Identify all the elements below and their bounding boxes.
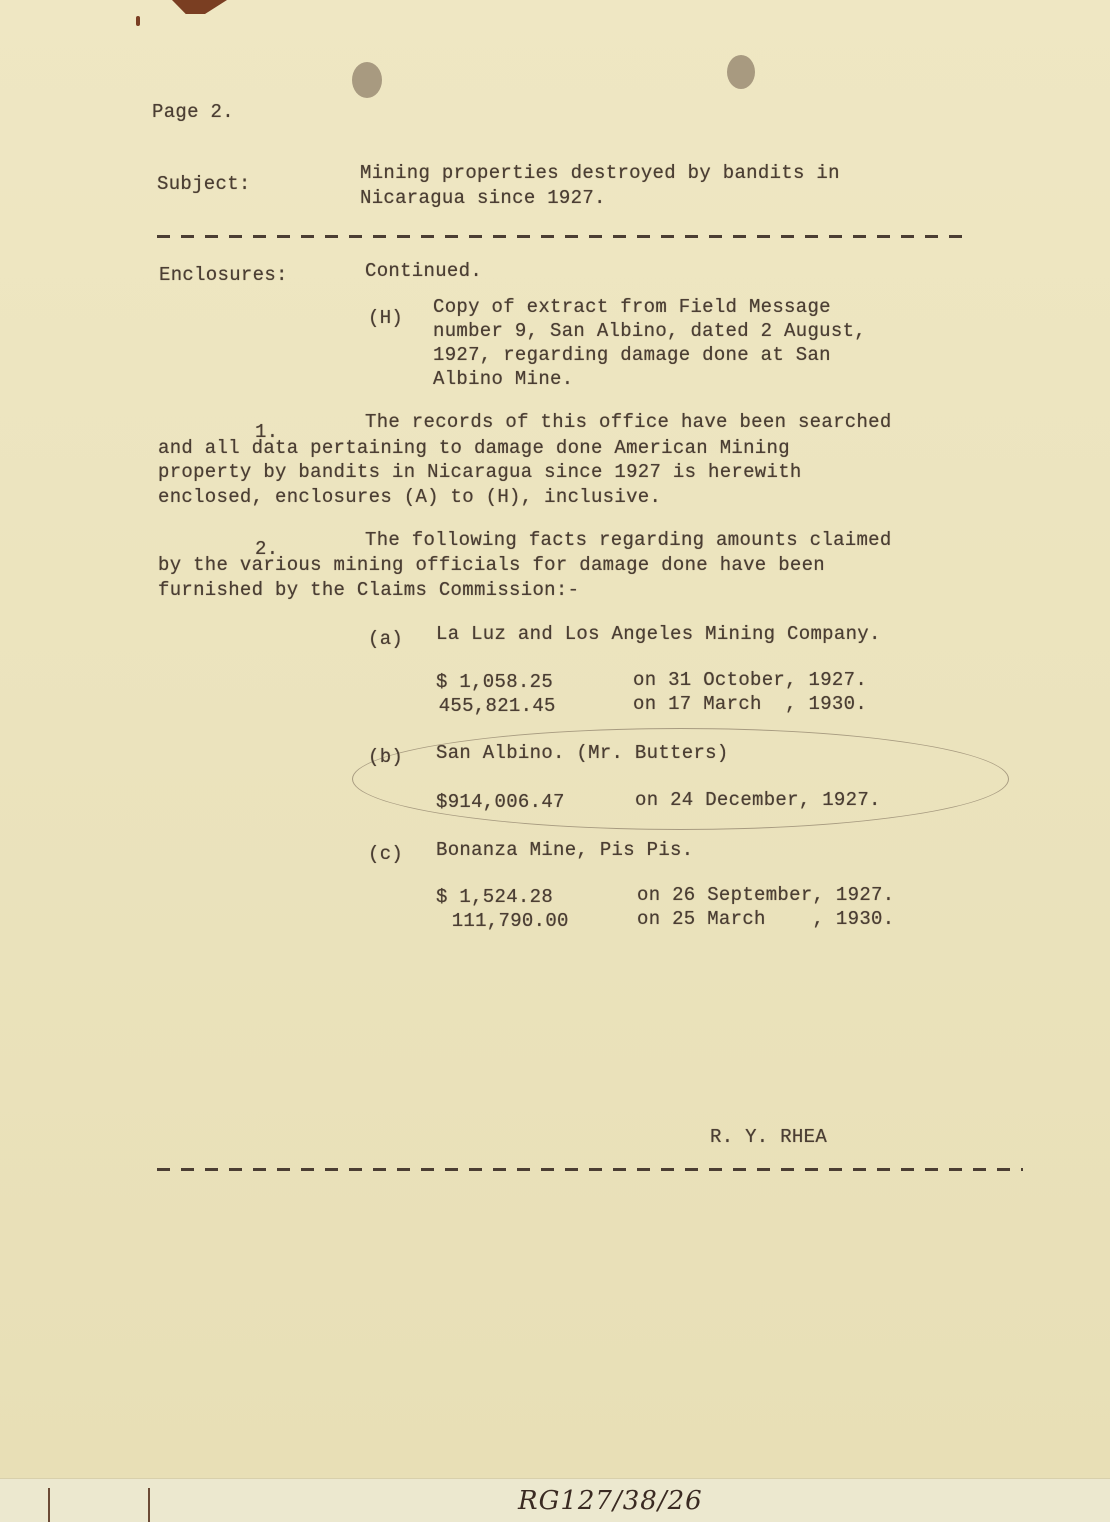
claim-a-amount-1: $ 1,058.25	[436, 670, 553, 694]
claim-c-amount-2: 111,790.00	[440, 909, 569, 933]
punch-hole-right	[727, 55, 755, 89]
tab-rule-left	[48, 1488, 50, 1522]
claim-c-date-2: on 25 March , 1930.	[637, 907, 894, 931]
claim-c-marker: (c)	[368, 842, 403, 866]
enclosure-h-line-1: Copy of extract from Field Message	[433, 295, 831, 319]
enclosures-continued: Continued.	[365, 259, 482, 283]
paragraph-1-line-2: and all data pertaining to damage done A…	[158, 436, 790, 460]
paragraph-2-line-3: furnished by the Claims Commission:-	[158, 578, 579, 602]
punch-hole-left	[352, 62, 382, 98]
claim-c-date-1: on 26 September, 1927.	[637, 883, 894, 907]
paragraph-1-line-3: property by bandits in Nicaragua since 1…	[158, 460, 802, 484]
claim-b-marker: (b)	[368, 745, 403, 769]
claim-a-name: La Luz and Los Angeles Mining Company.	[436, 622, 881, 646]
tab-rule-right	[148, 1488, 150, 1522]
enclosures-label: Enclosures:	[159, 263, 288, 287]
claim-a-date-2: on 17 March , 1930.	[633, 692, 867, 716]
claim-b-name: San Albino. (Mr. Butters)	[436, 741, 729, 765]
claim-a-amount-2: 455,821.45	[427, 694, 556, 718]
ink-dot	[136, 16, 140, 26]
separator-bottom	[157, 1168, 1023, 1171]
subject-line-2: Nicaragua since 1927.	[360, 186, 606, 210]
archive-reference: RG127/38/26	[518, 1486, 703, 1516]
claim-a-marker: (a)	[368, 627, 403, 651]
signature: R. Y. RHEA	[710, 1125, 827, 1149]
claim-b-amount-1: $914,006.47	[436, 790, 565, 814]
claim-c-name: Bonanza Mine, Pis Pis.	[436, 838, 693, 862]
claim-a-date-1: on 31 October, 1927.	[633, 668, 867, 692]
subject-line-1: Mining properties destroyed by bandits i…	[360, 161, 840, 185]
paragraph-2-line-2: by the various mining officials for dama…	[158, 553, 825, 577]
enclosure-h-marker: (H)	[368, 306, 403, 330]
paragraph-2-line-1: The following facts regarding amounts cl…	[365, 528, 892, 552]
enclosure-h-line-4: Albino Mine.	[433, 367, 573, 391]
paragraph-1-line-4: enclosed, enclosures (A) to (H), inclusi…	[158, 485, 661, 509]
enclosure-h-line-2: number 9, San Albino, dated 2 August,	[433, 319, 866, 343]
subject-label: Subject:	[157, 172, 251, 196]
claim-b-date-1: on 24 December, 1927.	[635, 788, 881, 812]
claim-c-amount-1: $ 1,524.28	[436, 885, 553, 909]
separator-top	[157, 235, 969, 238]
page-label: Page 2.	[152, 100, 234, 124]
enclosure-h-line-3: 1927, regarding damage done at San	[433, 343, 831, 367]
paragraph-1-line-1: The records of this office have been sea…	[365, 410, 892, 434]
